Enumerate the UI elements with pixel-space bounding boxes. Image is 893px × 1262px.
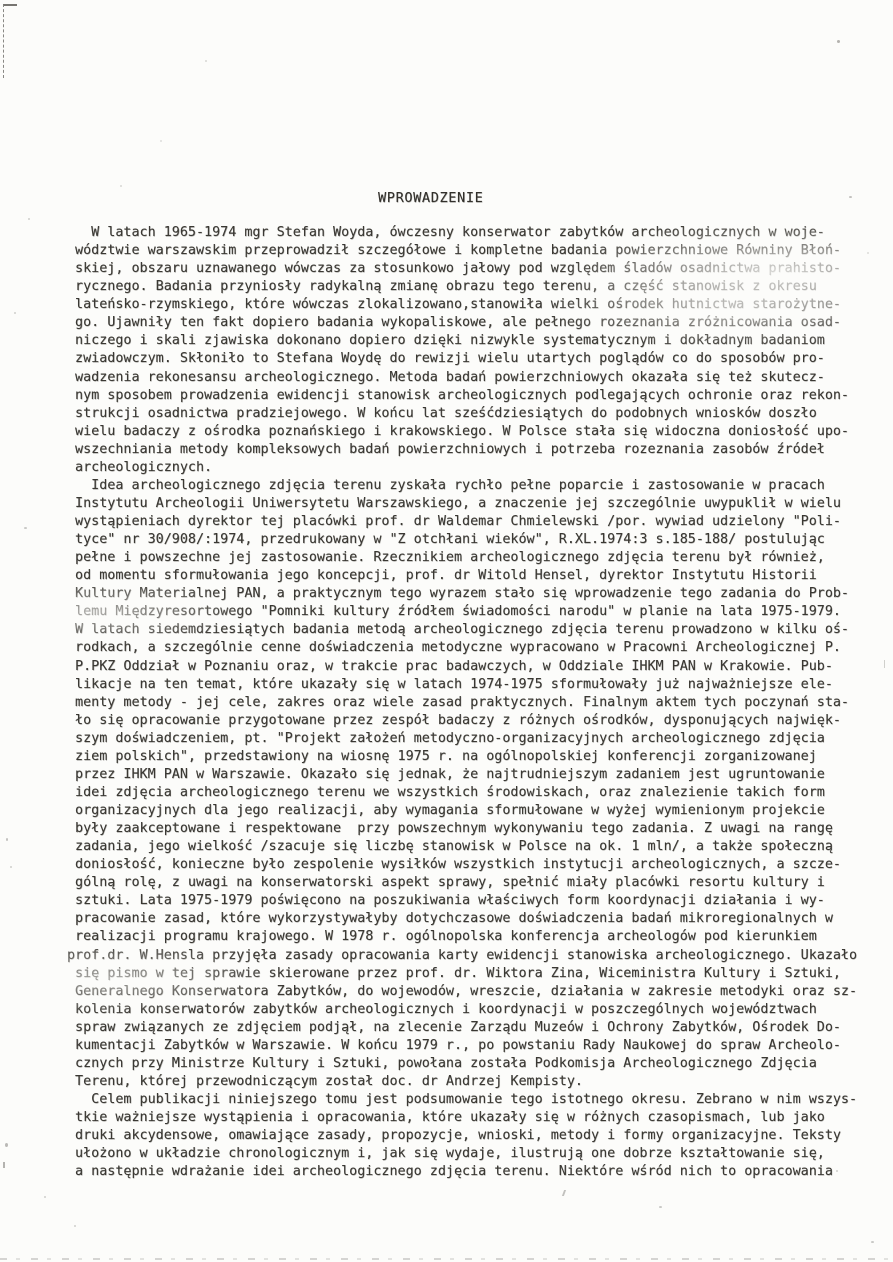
scan-speck [74, 1225, 76, 1227]
scan-speck [884, 660, 885, 668]
text-line: niczego i skali zjawiska dokonano dopier… [67, 332, 877, 350]
text-line: strukcji osadnictwa pradziejowego. W koń… [67, 405, 877, 423]
text-line: przez IHKM PAN w Warszawie. Okazało się … [67, 766, 877, 784]
scan-speck [836, 1170, 838, 1172]
scan-speck [5, 1143, 8, 1147]
text-line: Generalnego Konserwatora Zabytków, do wo… [67, 983, 877, 1001]
text-line: menty metody - jej cele, zakres oraz wie… [67, 694, 877, 712]
text-line: wództwie warszawskim przeprowadził szcze… [67, 242, 877, 260]
text-line: W latach siedemdziesiątych badania metod… [67, 621, 877, 639]
scan-speck [659, 1206, 662, 1208]
text-line: zadania, jego wielkość /szacuje się licz… [67, 838, 877, 856]
text-line: wystąpieniach dyrektor tej placówki prof… [67, 513, 877, 531]
scan-speck [44, 1196, 46, 1198]
text-line: prof.dr. W.Hensla przyjęła zasady opraco… [67, 947, 877, 965]
scan-speck [10, 866, 12, 868]
text-line: kumentacji Zabytków w Warszawie. W końcu… [67, 1037, 877, 1055]
text-line: od momentu sformułowania jego koncepcji,… [67, 567, 877, 585]
text-line: organizacyjnych dla jego realizacji, aby… [67, 802, 877, 820]
text-line: a następnie wdrażanie idei archeologiczn… [67, 1163, 877, 1181]
text-line: lateńsko-rzymskiego, które wówczas zloka… [67, 296, 877, 314]
text-line: sztuki. Lata 1975-1979 poświęcono na pos… [67, 892, 877, 910]
text-line: skiej, obszaru uznawanego wówczas za sto… [67, 260, 877, 278]
text-line: były zaakceptowane i respektowane przy p… [67, 820, 877, 838]
scan-speck [205, 60, 207, 62]
text-line: realizacji programu krajowego. W 1978 r.… [67, 928, 877, 946]
scan-speck [24, 527, 27, 529]
scan-speck [837, 40, 840, 43]
page-title: WPROWADZENIE [378, 190, 483, 206]
text-line: spraw związanych ze zdjęciem podjął, na … [67, 1019, 877, 1037]
text-line: Idea archeologicznego zdjęcia terenu zys… [67, 477, 877, 495]
text-line: ziem polskich", przedstawiony na wiosnę … [67, 748, 877, 766]
text-line: tkie ważniejsze wystąpienia i opracowani… [67, 1109, 877, 1127]
text-line: Kultury Materialnej PAN, a praktycznym t… [67, 585, 877, 603]
text-line: W latach 1965-1974 mgr Stefan Woyda, ówc… [67, 224, 877, 242]
text-line: Celem publikacji niniejszego tomu jest p… [67, 1091, 877, 1109]
text-line: ułożono w układzie chronologicznym i, ja… [67, 1145, 877, 1163]
scan-corner-mark [3, 4, 17, 78]
text-line: kolenia konserwatorów zabytków archeolog… [67, 1001, 877, 1019]
scan-speck [867, 252, 869, 254]
scan-speck [871, 1241, 874, 1243]
scan-speck [120, 185, 122, 187]
scan-speck [562, 1190, 566, 1196]
scan-speck [28, 218, 30, 220]
text-line: gólną rolę, z uwagi na konserwatorski as… [67, 874, 877, 892]
text-line: archeologicznych. [67, 459, 877, 477]
text-line: pracowanie zasad, które wykorzystywałyby… [67, 910, 877, 928]
text-line: likacje na ten temat, które ukazały się … [67, 676, 877, 694]
text-line: P.PKZ Oddział w Poznaniu oraz, w trakcie… [67, 658, 877, 676]
scanned-document-page: WPROWADZENIE W latach 1965-1974 mgr Stef… [0, 0, 893, 1262]
text-line: cznych przy Ministrze Kultury i Sztuki, … [67, 1055, 877, 1073]
text-line: idei zdjęcia archeologicznego terenu we … [67, 784, 877, 802]
text-line: go. Ujawniły ten fakt dopiero badania wy… [67, 314, 877, 332]
text-line: nym sposobem prowadzenia ewidencji stano… [67, 387, 877, 405]
scan-speck [6, 838, 8, 841]
text-line: wadzenia rekonesansu archeologicznego. M… [67, 369, 877, 387]
text-line: rodkach, a szczególnie cenne doświadczen… [67, 639, 877, 657]
scan-speck [160, 140, 162, 142]
scan-speck [849, 196, 852, 198]
text-line: pełne i powszechne jej zastosowanie. Rze… [67, 549, 877, 567]
text-line: ło się opracowanie przygotowane przez ze… [67, 712, 877, 730]
text-line: lemu Międzyresortowego "Pomniki kultury … [67, 603, 877, 621]
text-line: się pismo w tej sprawie skierowane przez… [67, 965, 877, 983]
scan-speck [14, 312, 16, 314]
text-line: rycznego. Badania przyniosły radykalną z… [67, 278, 877, 296]
text-line: Terenu, której przewodniczącym został do… [67, 1073, 877, 1091]
text-line: doniosłość, konieczne było zespolenie wy… [67, 856, 877, 874]
text-line: wielu badaczy z ośrodka poznańskiego i k… [67, 423, 877, 441]
document-body: W latach 1965-1974 mgr Stefan Woyda, ówc… [67, 224, 877, 1181]
scan-page-edge [0, 1258, 893, 1260]
text-line: szym doświadczeniem, pt. "Projekt założe… [67, 730, 877, 748]
scan-speck [3, 1162, 5, 1168]
text-line: zwiadowczym. Skłoniło to Stefana Woydę d… [67, 350, 877, 368]
text-line: druki akcydensowe, omawiające zasady, pr… [67, 1127, 877, 1145]
text-line: wszechniania metody kompleksowych badań … [67, 441, 877, 459]
text-line: tyce" nr 30/908/:1974, przedrukowany w "… [67, 531, 877, 549]
text-line: Instytutu Archeologii Uniwersytetu Warsz… [67, 495, 877, 513]
